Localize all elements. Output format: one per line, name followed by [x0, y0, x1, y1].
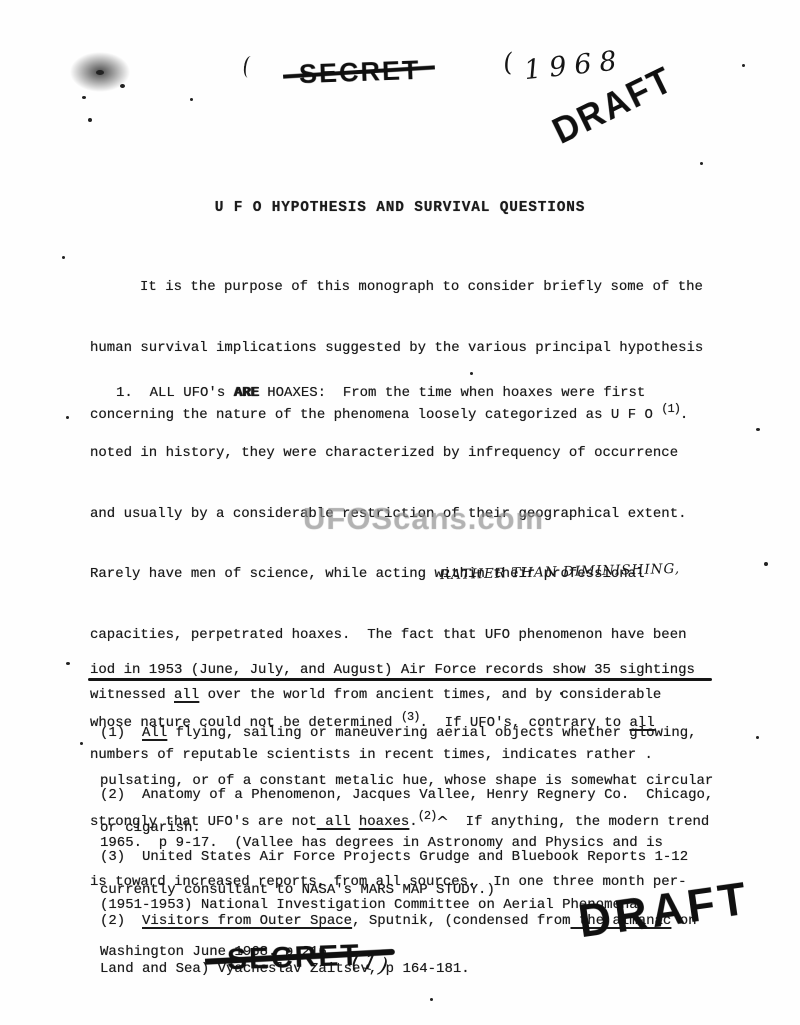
text-line: noted in history, they were characterize…: [90, 437, 709, 469]
pen-mark: [243, 55, 257, 78]
text-line: It is the purpose of this monograph to c…: [90, 271, 703, 304]
text-line: 1. ALL UFO's ARE HOAXES: From the time w…: [90, 377, 709, 409]
scan-speck: [96, 70, 104, 75]
scan-speck: [82, 96, 86, 99]
scan-speck: [120, 84, 125, 88]
text-line: (2) Anatomy of a Phenomenon, Jacques Val…: [100, 786, 713, 806]
scan-speck: [742, 64, 745, 67]
scan-speck: [560, 692, 563, 695]
secret-stamp-bottom: SECRET: [226, 939, 361, 978]
scan-speck: [470, 372, 473, 375]
scan-speck: [190, 98, 193, 101]
scan-speck: [756, 428, 760, 431]
scan-speck: [66, 416, 69, 419]
scan-speck: [764, 562, 768, 566]
watermark: UFOScans.com: [303, 501, 544, 537]
scan-speck: [700, 162, 703, 165]
secret-stamp-top: SECRET: [298, 55, 421, 90]
scan-speck: [430, 998, 433, 1001]
scan-speck: [88, 118, 92, 122]
handwritten-paren-mark: (: [501, 47, 515, 77]
scan-speck: [66, 662, 70, 665]
scan-speck: [80, 742, 83, 745]
text-line: (3) United States Air Force Projects Gru…: [100, 848, 688, 868]
handwritten-year: 1968: [523, 45, 626, 86]
footnote-separator: [88, 678, 712, 681]
scanned-document-page: SECRET ( 1968 DRAFT U F O HYPOTHESIS AND…: [0, 0, 800, 1025]
scan-speck: [756, 736, 759, 739]
scan-speck: [62, 256, 65, 259]
text-line: (1) All flying, sailing or maneuvering a…: [100, 724, 713, 744]
document-title: U F O HYPOTHESIS AND SURVIVAL QUESTIONS: [0, 201, 800, 216]
text-line: Land and Sea) Vyacheslav Zaitsev, p 164-…: [100, 960, 697, 980]
